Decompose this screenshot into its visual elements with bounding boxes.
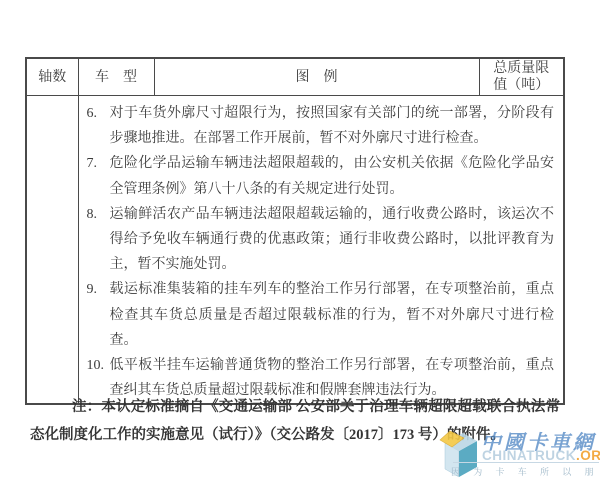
provision-number: 7.	[87, 151, 110, 201]
provision-text: 运输鲜活农产品车辆违法超限超载运输的，通行收费公路时，该运次不得给予免收车辆通行…	[110, 202, 555, 278]
chinatruck-name: CHINATRUCK	[482, 448, 576, 463]
provision-item-7: 7. 危险化学品运输车辆违法超限超载的，由公安机关依据《危险化学品安全管理条例》…	[87, 151, 555, 201]
provision-item-8: 8. 运输鲜活农产品车辆违法超限超载运输的，通行收费公路时，该运次不得给予免收车…	[87, 202, 555, 278]
axles-empty-cell	[26, 96, 78, 405]
provision-number: 6.	[87, 101, 110, 151]
table-header-row: 轴数 车 型 图 例 总质量限值（吨）	[26, 58, 564, 96]
table-body-row: 6. 对于车货外廓尺寸超限行为，按照国家有关部门的统一部署，分阶段有步骤地推进。…	[26, 96, 564, 405]
chinatruck-tagline: 因 为 卡 车 所 以 朋 友	[451, 465, 600, 478]
regulation-table: 轴数 车 型 图 例 总质量限值（吨） 6. 对于车货外廓尺寸超限行为，按照国家…	[25, 57, 565, 405]
provision-number: 9.	[87, 277, 110, 353]
provisions-cell: 6. 对于车货外廓尺寸超限行为，按照国家有关部门的统一部署，分阶段有步骤地推进。…	[78, 96, 564, 405]
footnote-label: 注：	[72, 399, 101, 415]
provision-text: 危险化学品运输车辆违法超限超载的，由公安机关依据《危险化学品安全管理条例》第八十…	[110, 151, 555, 201]
chinatruck-tld: .ORG	[576, 448, 600, 463]
provision-item-9: 9. 载运标准集装箱的挂车列车的整治工作另行部署，在专项整治前，重点检查其车货总…	[87, 277, 555, 353]
provision-number: 8.	[87, 202, 110, 278]
header-mass-limit: 总质量限值（吨）	[479, 58, 564, 96]
header-legend: 图 例	[154, 58, 479, 96]
header-axles: 轴数	[26, 58, 78, 96]
chinatruck-brand-english: CHINATRUCK.ORG	[482, 448, 600, 463]
header-vehicle-type: 车 型	[78, 58, 154, 96]
provision-item-6: 6. 对于车货外廓尺寸超限行为，按照国家有关部门的统一部署，分阶段有步骤地推进。…	[87, 101, 555, 151]
document-page: 轴数 车 型 图 例 总质量限值（吨） 6. 对于车货外廓尺寸超限行为，按照国家…	[0, 0, 600, 499]
provision-text: 对于车货外廓尺寸超限行为，按照国家有关部门的统一部署，分阶段有步骤地推进。在部署…	[110, 101, 555, 151]
chinatruck-watermark: 中國卡車網 CHINATRUCK.ORG 因 为 卡 车 所 以 朋 友	[437, 426, 600, 482]
provision-text: 载运标准集装箱的挂车列车的整治工作另行部署，在专项整治前，重点检查其车货总质量是…	[110, 277, 555, 353]
watermark-divider	[453, 462, 599, 463]
